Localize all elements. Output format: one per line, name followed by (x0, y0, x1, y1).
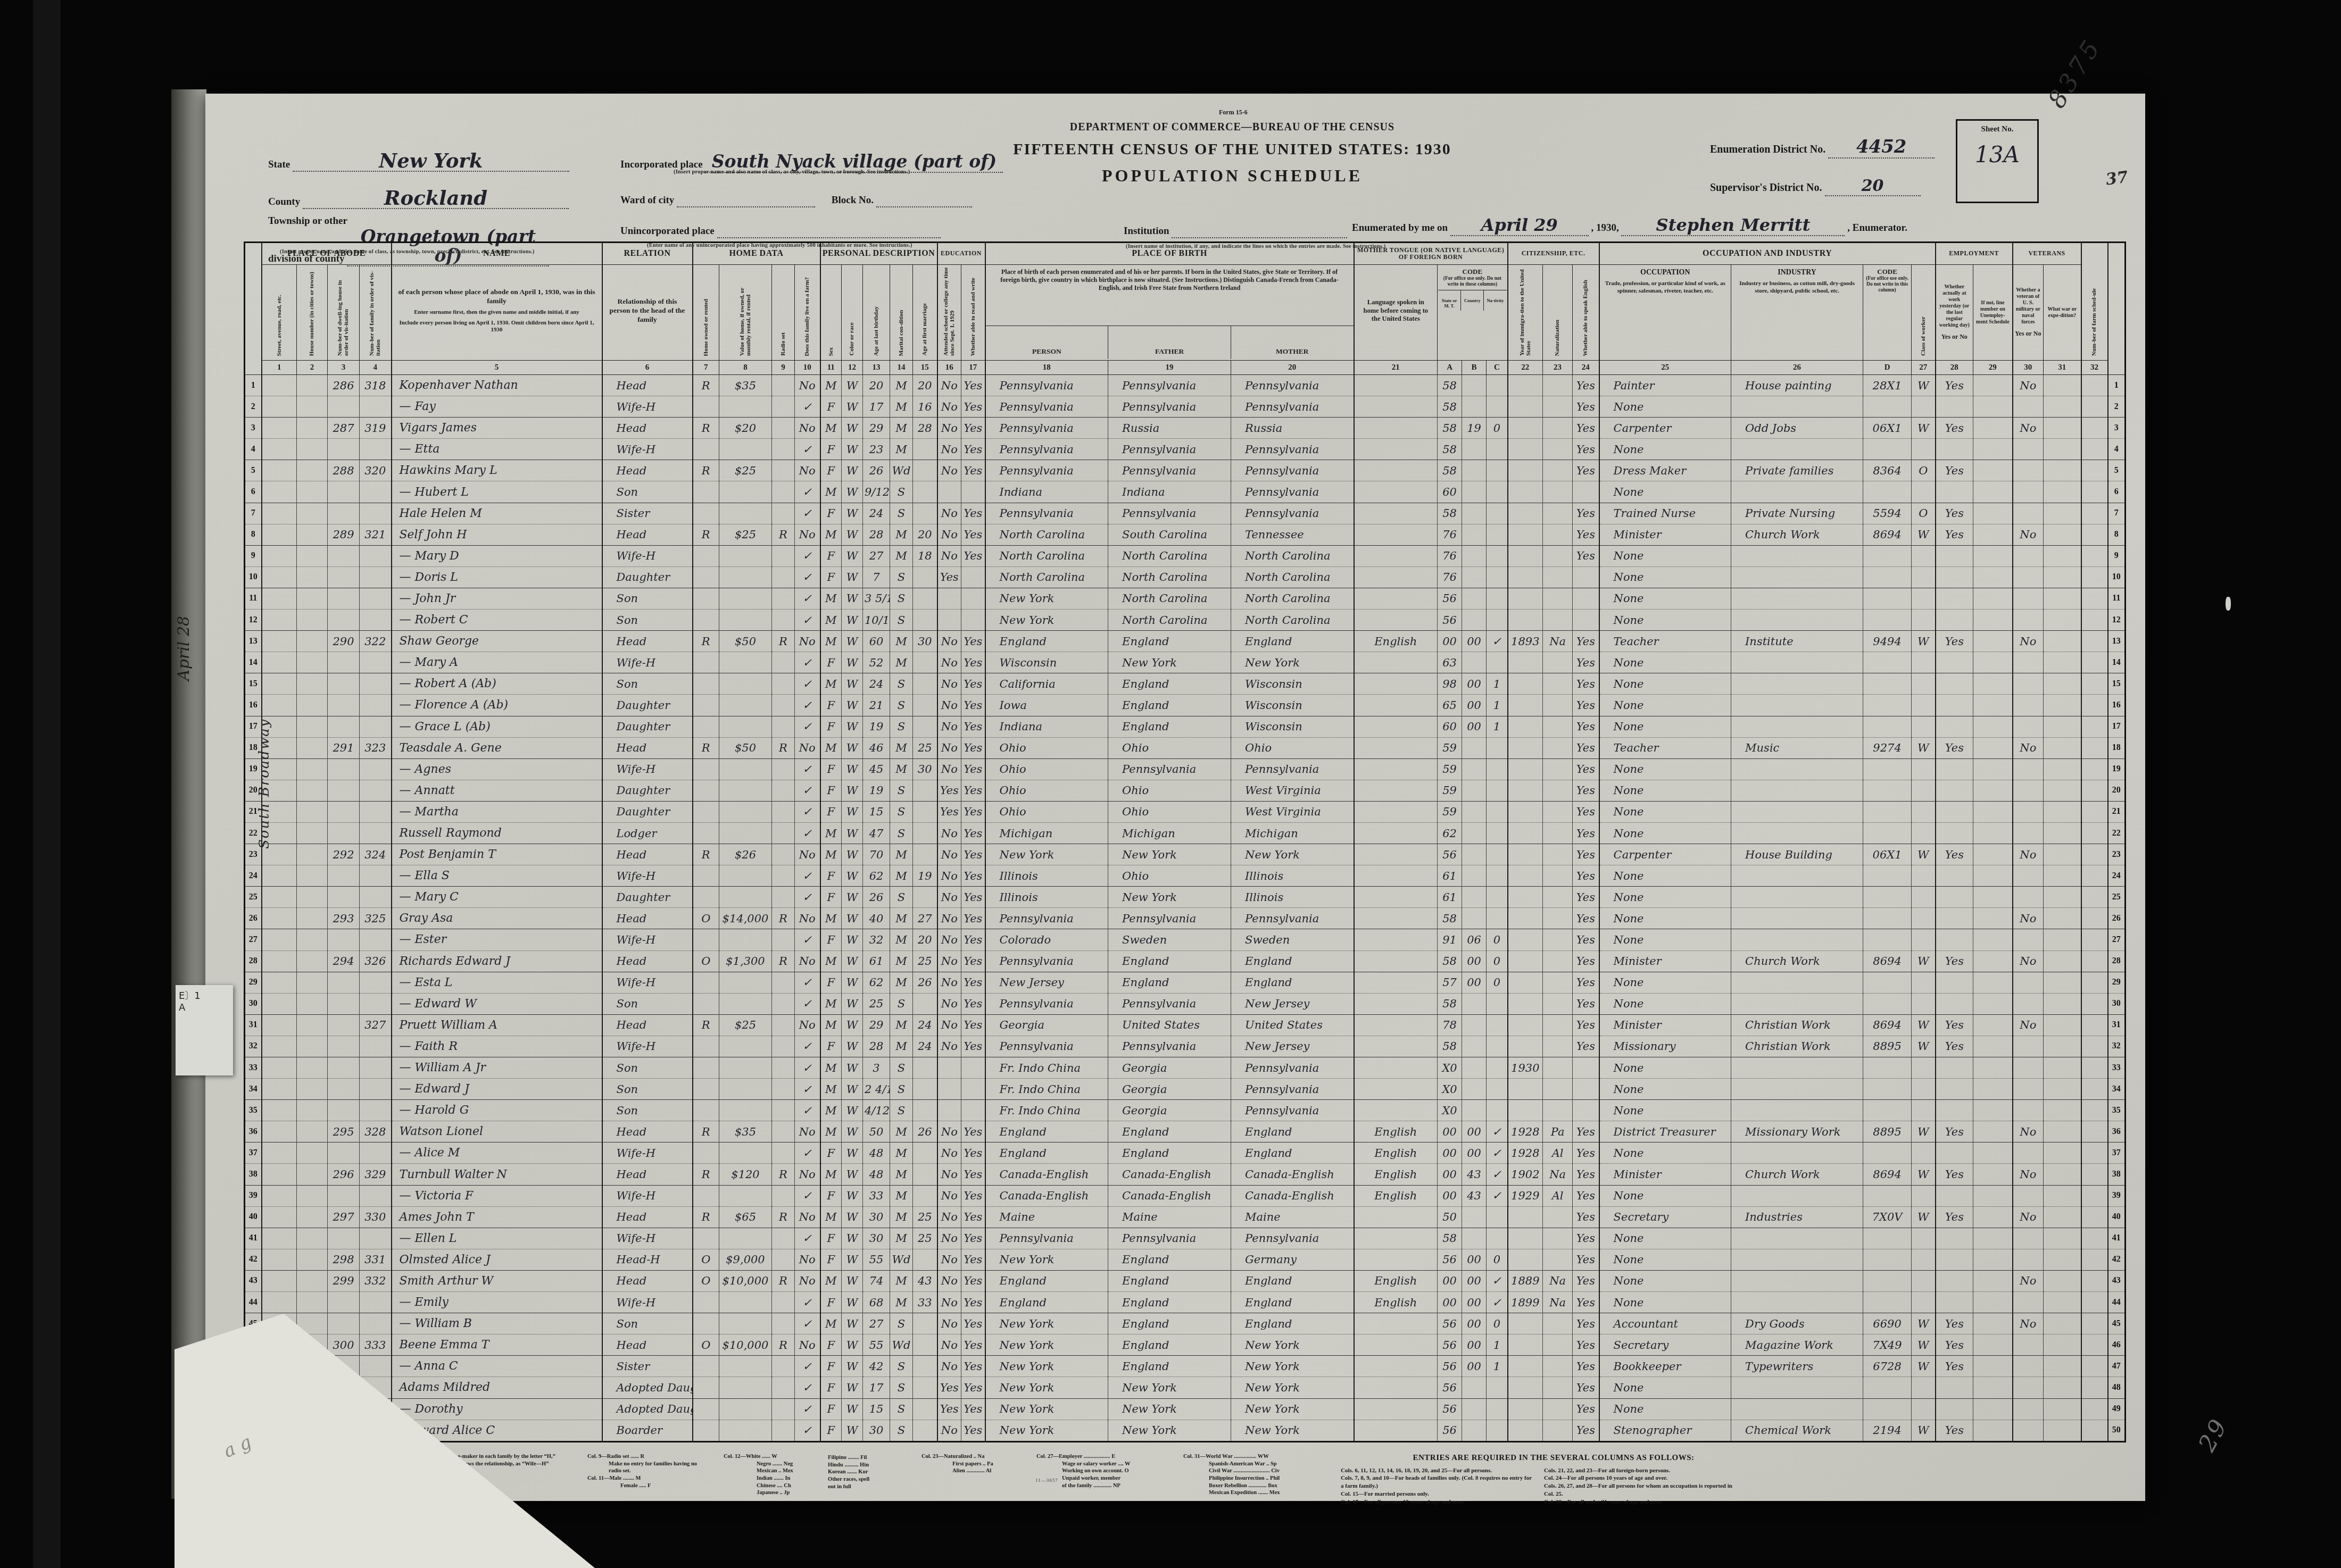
cell-w: Yes (961, 908, 985, 929)
col-occupation: OCCUPATION Trade, profession, or particu… (1599, 265, 1731, 361)
cell-wr (2044, 503, 2081, 524)
cell-sx: M (820, 1100, 842, 1121)
home-value-label: Value of home, if owned, or monthly rent… (739, 265, 752, 357)
column-number-row: 123456789101112131415161718192021ABC2223… (245, 361, 2126, 375)
cell-o: O (693, 1249, 719, 1270)
cell-rel: Head (602, 844, 693, 865)
cell-s: No (937, 460, 961, 481)
cell-v (719, 588, 772, 609)
cell-in: Christian Work (1731, 1014, 1863, 1036)
sheet-number-value: 13A (1957, 141, 2037, 168)
cell-ag: 24 (863, 503, 890, 524)
state-value: New York (379, 149, 483, 172)
cell-cb (1462, 887, 1487, 908)
cell-s: No (937, 865, 961, 887)
sex-label: Sex (828, 346, 834, 357)
cell-im: 1930 (1508, 1057, 1543, 1079)
group-header-row: PLACE OF ABODE NAME RELATION HOME DATA P… (245, 243, 2126, 265)
cell-b3: Pennsylvania (1231, 396, 1354, 418)
cell-rel: Wife-H (602, 545, 693, 566)
cell-rel: Head (602, 460, 693, 481)
table-row: 26293325Gray AsaHeadO$14,000RNoMW40M27No… (245, 908, 2126, 929)
cell-wr (2044, 673, 2081, 695)
cell-wy: Yes (1936, 1014, 1973, 1036)
cell-ag: 61 (863, 950, 890, 972)
legend-col31-list: Spanish-American War .. SpCivil War ....… (1183, 1461, 1327, 1497)
cell-vt (2013, 1335, 2044, 1356)
cell-nm: — Hubert L (392, 481, 602, 503)
cell-b3: Wisconsin (1231, 673, 1354, 695)
cell-st (262, 993, 297, 1014)
legend-item: Philippine Insurrection .. Phil (1209, 1475, 1327, 1482)
table-row: 24— Ella SWife-H✓FW62M19NoYesIllinoisOhi… (245, 865, 2126, 887)
cell-m: S (890, 993, 913, 1014)
cell-ca: 56 (1438, 588, 1462, 609)
cell-na (1543, 396, 1573, 418)
cell-cb (1462, 396, 1487, 418)
cell-fs (2081, 1079, 2108, 1100)
cell-cc: 1 (1487, 1335, 1508, 1356)
cell-w: Yes (961, 716, 985, 737)
cell-fm: No (795, 737, 820, 758)
cell-fm: No (795, 1164, 820, 1185)
cell-wy: Yes (1936, 460, 1973, 481)
cell-cd: 8895 (1863, 1121, 1912, 1142)
cell-cd (1863, 887, 1912, 908)
cell-sx: F (820, 1292, 842, 1313)
cell-b1: Fr. Indo China (985, 1100, 1108, 1121)
cell-cc: ✓ (1487, 1121, 1508, 1142)
cell-s: No (937, 375, 961, 396)
scan-artifact (2226, 597, 2231, 611)
cell-b1: Pennsylvania (985, 503, 1108, 524)
cell-fs (2081, 610, 2108, 631)
cell-in: Typewriters (1731, 1356, 1863, 1377)
cell-v (719, 1185, 772, 1206)
incorporated-note: (Insert proper name and also name of cla… (674, 169, 972, 175)
cell-v (719, 1313, 772, 1335)
street-name-note: South Broadway (256, 551, 272, 849)
cell-vt (2013, 993, 2044, 1014)
cell-b1: Illinois (985, 865, 1108, 887)
cell-s: No (937, 758, 961, 780)
cell-s: No (937, 439, 961, 460)
cell-oc: None (1599, 1079, 1731, 1100)
cell-cb: 00 (1462, 1249, 1487, 1270)
legend-col11: Col. 11—Male ........ M (587, 1475, 710, 1482)
cell-cb (1462, 588, 1487, 609)
legend-item: Wage or salary worker .... W (1062, 1461, 1169, 1468)
cell-w: Yes (961, 524, 985, 545)
cell-w (961, 1057, 985, 1079)
cell-hn (297, 439, 328, 460)
cell-am: 19 (913, 865, 937, 887)
cell-o: O (693, 1270, 719, 1291)
cell-o (693, 780, 719, 801)
cell-im (1508, 545, 1543, 566)
cell-w: Yes (961, 972, 985, 993)
cell-fs (2081, 1185, 2108, 1206)
cell-cc (1487, 908, 1508, 929)
cell-wy (1936, 908, 1973, 929)
cell-cl: W (842, 1100, 863, 1121)
cell-s: No (937, 1313, 961, 1335)
cell-st (262, 1185, 297, 1206)
cell-b3: Pennsylvania (1231, 1057, 1354, 1079)
cell-n: 37 (245, 1142, 262, 1164)
cell-ca: 65 (1438, 695, 1462, 716)
cell-na (1543, 780, 1573, 801)
cell-ag: 17 (863, 396, 890, 418)
cell-w (961, 1100, 985, 1121)
cell-hn (297, 1014, 328, 1036)
cell-w: Yes (961, 1420, 985, 1441)
cell-d (328, 673, 360, 695)
cell-ag: 26 (863, 460, 890, 481)
cell-r (772, 503, 795, 524)
cell-ca: 58 (1438, 439, 1462, 460)
legend-col23: Col. 23—Naturalized .. Na First papers .… (922, 1453, 1023, 1475)
cell-fs (2081, 1270, 2108, 1291)
cell-nm: Olmsted Alice J (392, 1249, 602, 1270)
cell-wy (1936, 1142, 1973, 1164)
cell-na (1543, 1335, 1573, 1356)
cell-cd: 9274 (1863, 737, 1912, 758)
cell-m: M (890, 652, 913, 673)
cell-s (937, 588, 961, 609)
cell-o (693, 481, 719, 503)
cell-na (1543, 695, 1573, 716)
cell-v: $25 (719, 460, 772, 481)
cell-am (913, 887, 937, 908)
cell-wr (2044, 1206, 2081, 1228)
legend-col12: Col. 12—White ...... W Negro ....... Neg… (724, 1453, 814, 1497)
cell-fs (2081, 929, 2108, 950)
cell-w (961, 610, 985, 631)
cell-ag: 3 (863, 1057, 890, 1079)
cell-w: Yes (961, 1292, 985, 1313)
cell-m: M (890, 1142, 913, 1164)
cell-hn (297, 545, 328, 566)
cell-vt (2013, 396, 2044, 418)
cell-in (1731, 396, 1863, 418)
cell-f (360, 588, 392, 609)
cell-im (1508, 1335, 1543, 1356)
cell-b2: Indiana (1108, 481, 1231, 503)
cell-fm: ✓ (795, 716, 820, 737)
cell-ue (1973, 993, 2013, 1014)
cell-lg (1354, 610, 1438, 631)
cell-hn (297, 993, 328, 1014)
cell-ue (1973, 972, 2013, 993)
cell-w: Yes (961, 673, 985, 695)
cell-cw (1912, 1398, 1936, 1420)
cell-cl: W (842, 950, 863, 972)
house-number-label: House number (in cities or towns) (309, 271, 315, 357)
cell-v (719, 972, 772, 993)
cell-r (772, 1121, 795, 1142)
cell-nm: Hawkins Mary L (392, 460, 602, 481)
cell-wr (2044, 716, 2081, 737)
cell-b2: Georgia (1108, 1057, 1231, 1079)
cell-rel: Head (602, 1121, 693, 1142)
cell-fm: ✓ (795, 1079, 820, 1100)
cell-cb: 43 (1462, 1185, 1487, 1206)
cell-wy: Yes (1936, 950, 1973, 972)
cell-vt (2013, 801, 2044, 822)
cell-cb (1462, 865, 1487, 887)
col-english: Whether able to speak English (1573, 265, 1599, 361)
cell-s: No (937, 1164, 961, 1185)
cell-vt: No (2013, 1313, 2044, 1335)
cell-o (693, 673, 719, 695)
cell-ag: 50 (863, 1121, 890, 1142)
entries-title: ENTRIES ARE REQUIRED IN THE SEVERAL COLU… (1341, 1453, 1766, 1464)
cell-v (719, 439, 772, 460)
enumeration-district-field: Enumeration District No. 4452 (1710, 136, 1935, 159)
cell-b1: Georgia (985, 1014, 1108, 1036)
cell-ca: 56 (1438, 1398, 1462, 1420)
legend-item: First papers .. Pa (952, 1461, 1023, 1468)
legend-col27: Col. 27—Employer ................... E W… (1036, 1453, 1169, 1489)
legend-item: Mexican .. Mex (724, 1467, 814, 1475)
cell-b3: West Virginia (1231, 801, 1354, 822)
cell-wr (2044, 993, 2081, 1014)
column-number-C: C (1487, 361, 1508, 375)
cell-oc: Carpenter (1599, 844, 1731, 865)
cell-ca: 56 (1438, 610, 1462, 631)
cell-o (693, 993, 719, 1014)
cell-ca: 76 (1438, 545, 1462, 566)
cell-en: Yes (1573, 993, 1599, 1014)
cell-b3: New Jersey (1231, 1036, 1354, 1057)
cell-ca: X0 (1438, 1100, 1462, 1121)
cell-in (1731, 1398, 1863, 1420)
cell-v (719, 673, 772, 695)
table-row: 20— AnnattDaughter✓FW19SYesYesOhioOhioWe… (245, 780, 2126, 801)
cell-wr (2044, 1121, 2081, 1142)
cell-ue (1973, 460, 2013, 481)
cell-oc: None (1599, 1057, 1731, 1079)
cell-d: 294 (328, 950, 360, 972)
legend-item: Boxer Rebellion ............. Box (1209, 1482, 1327, 1490)
cell-b2: England (1108, 1121, 1231, 1142)
cell-s: No (937, 887, 961, 908)
cell-sx: M (820, 418, 842, 439)
cell-fm: ✓ (795, 1356, 820, 1377)
cell-lg (1354, 950, 1438, 972)
cell-r (772, 1228, 795, 1249)
stamp-number: 8375 (2042, 32, 2107, 113)
cell-r (772, 588, 795, 609)
cell-en: Yes (1573, 865, 1599, 887)
cell-o (693, 1228, 719, 1249)
cell-v (719, 1057, 772, 1079)
veteran-yes-no: Yes or No (2015, 330, 2042, 337)
cell-vt (2013, 588, 2044, 609)
cell-cw (1912, 801, 1936, 822)
cell-wy: Yes (1936, 1356, 1973, 1377)
cell-im (1508, 1313, 1543, 1335)
cell-wy: Yes (1936, 1121, 1973, 1142)
cell-cl: W (842, 375, 863, 396)
cell-ca: 58 (1438, 396, 1462, 418)
cell-en: Yes (1573, 1313, 1599, 1335)
cell-in (1731, 1142, 1863, 1164)
cell-ag: 62 (863, 865, 890, 887)
cell-b1: Wisconsin (985, 652, 1108, 673)
cell-s: Yes (937, 780, 961, 801)
cell-d (328, 822, 360, 844)
cell-na (1543, 844, 1573, 865)
legend-item: Civil War .......................... Civ (1209, 1467, 1327, 1475)
cell-n2: 36 (2108, 1121, 2126, 1142)
cell-ue (1973, 1270, 2013, 1291)
cell-sx: F (820, 1377, 842, 1398)
cell-in: Odd Jobs (1731, 418, 1863, 439)
cell-nm: — William B (392, 1313, 602, 1335)
cell-sx: M (820, 610, 842, 631)
table-row: 14— Mary AWife-H✓FW52MNoYesWisconsinNew … (245, 652, 2126, 673)
cell-s: No (937, 1228, 961, 1249)
cell-s: No (937, 844, 961, 865)
cell-ag: 27 (863, 545, 890, 566)
cell-hn (297, 972, 328, 993)
cell-b2: England (1108, 1270, 1231, 1291)
col-war: What war or expe-dition? (2044, 265, 2081, 361)
cell-s: No (937, 418, 961, 439)
table-row: 48Adams MildredAdopted Daughter✓FW17SYes… (245, 1377, 2126, 1398)
cell-st (262, 1249, 297, 1270)
cell-cw (1912, 716, 1936, 737)
cell-wy (1936, 1057, 1973, 1079)
cell-fm: ✓ (795, 865, 820, 887)
col-unemployment-line: If not, line number on Unemploy-ment Sch… (1973, 265, 2013, 361)
cell-hn (297, 1079, 328, 1100)
cell-ca: 50 (1438, 1206, 1462, 1228)
cell-am: 25 (913, 1228, 937, 1249)
cell-im: 1899 (1508, 1292, 1543, 1313)
cell-wr (2044, 801, 2081, 822)
cell-cc (1487, 524, 1508, 545)
cell-cb (1462, 1079, 1487, 1100)
cell-cc (1487, 503, 1508, 524)
cell-cl: W (842, 1185, 863, 1206)
cell-ca: 58 (1438, 503, 1462, 524)
cell-im (1508, 418, 1543, 439)
column-number-30: 30 (2013, 361, 2044, 375)
column-number-14: 14 (890, 361, 913, 375)
legend-col23-first: Col. 23—Naturalized .. Na (922, 1453, 1023, 1461)
cell-im (1508, 524, 1543, 545)
name-desc-1: of each person whose place of abode on A… (397, 288, 596, 306)
table-row: 42298331Olmsted Alice JHead-HO$9,000NoFW… (245, 1249, 2126, 1270)
cell-r (772, 865, 795, 887)
cell-n: 27 (245, 929, 262, 950)
cell-rel: Adopted Daughter (602, 1377, 693, 1398)
cell-v: $9,000 (719, 1249, 772, 1270)
column-number-8: 8 (719, 361, 772, 375)
cell-fm: ✓ (795, 972, 820, 993)
cell-en (1573, 481, 1599, 503)
cell-in (1731, 1185, 1863, 1206)
cell-in (1731, 716, 1863, 737)
cell-ag: 27 (863, 1313, 890, 1335)
state-line: New York (293, 151, 569, 172)
cell-f: 323 (360, 737, 392, 758)
cell-nm: — Faith R (392, 1036, 602, 1057)
cell-oc: None (1599, 695, 1731, 716)
cell-ag: 45 (863, 758, 890, 780)
cell-fs (2081, 418, 2108, 439)
cell-cw (1912, 929, 1936, 950)
cell-ag: 21 (863, 695, 890, 716)
cell-b1: Fr. Indo China (985, 1057, 1108, 1079)
cell-st (262, 375, 297, 396)
county-label: County (268, 196, 300, 207)
cell-hn (297, 1249, 328, 1270)
cell-sx: M (820, 481, 842, 503)
cell-f (360, 695, 392, 716)
cell-ag: 28 (863, 524, 890, 545)
cell-wy (1936, 439, 1973, 460)
cell-fs (2081, 1164, 2108, 1185)
cell-nm: — Ellen L (392, 1228, 602, 1249)
cell-f (360, 673, 392, 695)
cell-oc: Stenographer (1599, 1420, 1731, 1441)
cell-b3: Ohio (1231, 737, 1354, 758)
cell-am (913, 1313, 937, 1335)
cell-am (913, 1057, 937, 1079)
cell-am (913, 1100, 937, 1121)
cell-w: Yes (961, 1377, 985, 1398)
cell-am (913, 1164, 937, 1185)
cell-nm: Richards Edward J (392, 950, 602, 972)
cell-v (719, 503, 772, 524)
cell-am (913, 566, 937, 588)
cell-st (262, 1121, 297, 1142)
cell-en: Yes (1573, 396, 1599, 418)
cell-in (1731, 801, 1863, 822)
cell-wr (2044, 631, 2081, 652)
cell-st (262, 524, 297, 545)
cell-sx: F (820, 1249, 842, 1270)
cell-v (719, 929, 772, 950)
print-code: 11—3657 (1035, 1478, 1058, 1483)
cell-na (1543, 908, 1573, 929)
cell-ue (1973, 1121, 2013, 1142)
cell-en: Yes (1573, 673, 1599, 695)
cell-b1: Pennsylvania (985, 418, 1108, 439)
cell-fs (2081, 673, 2108, 695)
dwelling-number-label: Num-ber of dwell-ing house in order of v… (337, 265, 350, 357)
cell-cb (1462, 908, 1487, 929)
cell-cd (1863, 439, 1912, 460)
cell-oc: Dress Maker (1599, 460, 1731, 481)
cell-oc: Secretary (1599, 1206, 1731, 1228)
cell-ag: 20 (863, 375, 890, 396)
cell-rel: Head (602, 1335, 693, 1356)
cell-cc: 0 (1487, 418, 1508, 439)
cell-b1: Pennsylvania (985, 460, 1108, 481)
abbreviations-legend: ABBREVIATIONS TO BE USED IN COLUMNS INDI… (251, 1453, 2097, 1506)
group-education: EDUCATION (937, 243, 985, 265)
cell-in (1731, 652, 1863, 673)
cell-cl: W (842, 844, 863, 865)
cell-im (1508, 865, 1543, 887)
ed-line: 4452 (1828, 136, 1935, 159)
cell-r: R (772, 737, 795, 758)
